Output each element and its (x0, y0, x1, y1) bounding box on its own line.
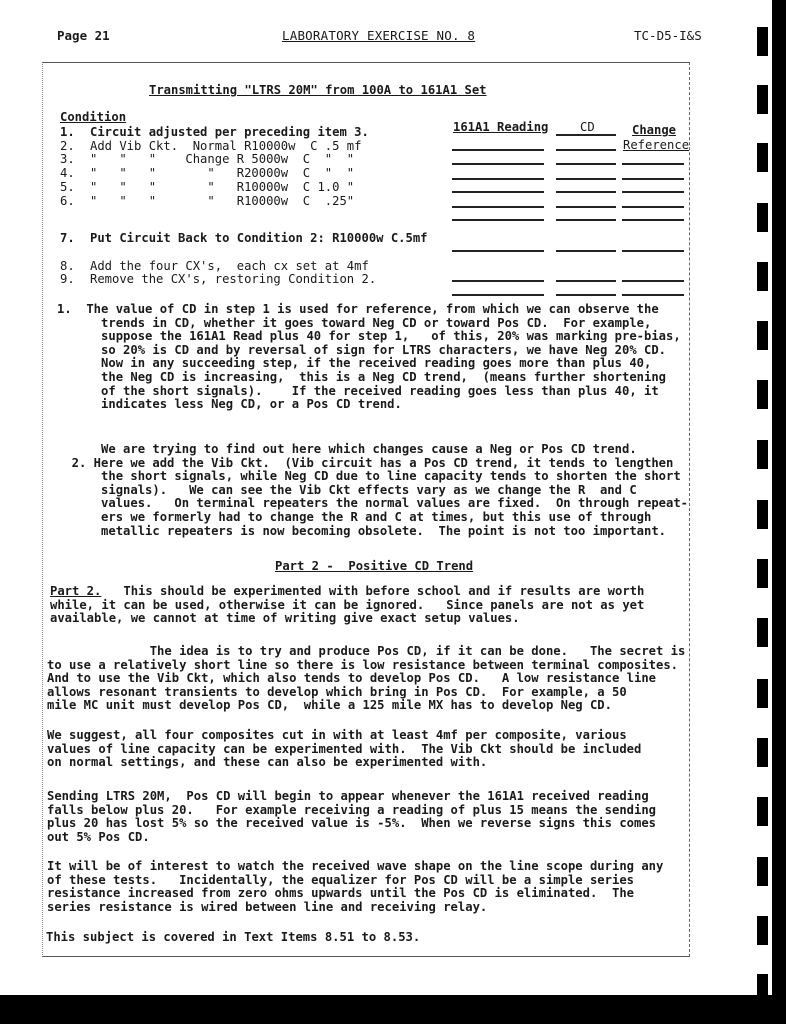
page-number: Page 21 (57, 28, 110, 43)
film-edge-bottom (0, 995, 786, 1024)
answer-blank-line[interactable] (622, 163, 684, 165)
part2-heading: Part 2 - Positive CD Trend (275, 560, 473, 574)
perforation-hole (757, 85, 768, 114)
answer-blank-line[interactable] (622, 294, 684, 296)
cd-underline (556, 134, 616, 136)
condition-text: Remove the CX's, restoring Condition 2. (90, 273, 376, 287)
perforation-hole (757, 262, 768, 291)
part2-lead-label: Part 2. (50, 585, 101, 599)
part2-paragraph-4: Sending LTRS 20M, Pos CD will begin to a… (47, 790, 656, 844)
part2-paragraph-5: It will be of interest to watch the rece… (47, 860, 663, 914)
condition-number: 3. (60, 153, 75, 167)
condition-number: 4. (60, 167, 75, 181)
perforation-hole (757, 203, 768, 232)
part2-paragraph-3: We suggest, all four composites cut in w… (47, 729, 641, 770)
answer-blank-line[interactable] (556, 294, 616, 296)
perforation-hole (757, 27, 768, 56)
perforation-hole (757, 559, 768, 588)
perforation-hole (757, 738, 768, 767)
perforation-hole (757, 916, 768, 945)
closing-note: This subject is covered in Text Items 8.… (46, 931, 420, 945)
note-2: We are trying to find out here which cha… (57, 443, 688, 538)
answer-blank-line[interactable] (556, 149, 616, 151)
condition-number: 6. (60, 195, 75, 209)
answer-blank-line[interactable] (556, 163, 616, 165)
answer-blank-line[interactable] (622, 280, 684, 282)
answer-blank-line[interactable] (452, 219, 544, 221)
answer-blank-line[interactable] (622, 178, 684, 180)
answer-blank-line[interactable] (452, 294, 544, 296)
answer-blank-line[interactable] (452, 163, 544, 165)
condition-text: " " " " R20000w C " " (90, 167, 354, 181)
document-code: TC-D5-I&S (634, 28, 702, 43)
column-change: Change (632, 124, 676, 138)
answer-blank-line[interactable] (622, 206, 684, 208)
answer-blank-line[interactable] (556, 280, 616, 282)
scanned-page: Page 21 LABORATORY EXERCISE NO. 8 TC-D5-… (0, 0, 786, 1024)
perforation-hole (757, 857, 768, 886)
answer-blank-line[interactable] (622, 250, 684, 252)
condition-text: Put Circuit Back to Condition 2: R10000w… (90, 232, 428, 246)
part2-paragraph-1: This should be experimented with before … (50, 585, 644, 626)
column-cd: CD (580, 121, 595, 135)
perforation-hole (757, 679, 768, 708)
condition-label: Condition (60, 111, 126, 125)
document-title: LABORATORY EXERCISE NO. 8 (282, 28, 475, 43)
perforation-hole (757, 500, 768, 529)
column-reading: 161A1 Reading (453, 121, 548, 135)
film-edge (772, 0, 786, 1024)
condition-number: 9. (60, 273, 75, 287)
perforation-hole (757, 143, 768, 172)
perforation-hole (757, 440, 768, 469)
condition-number: 7. (60, 232, 75, 246)
column-reference: Reference (623, 139, 689, 153)
perforation-hole (757, 380, 768, 409)
condition-text: " " " " R10000w C 1.0 " (90, 181, 354, 195)
perforation-hole (757, 974, 768, 1003)
condition-text: " " " Change R 5000w C " " (90, 153, 354, 167)
condition-text: Circuit adjusted per preceding item 3. (90, 126, 369, 140)
answer-blank-line[interactable] (452, 149, 544, 151)
condition-number: 5. (60, 181, 75, 195)
answer-blank-line[interactable] (622, 191, 684, 193)
answer-blank-line[interactable] (622, 219, 684, 221)
part2-paragraph-2: The idea is to try and produce Pos CD, i… (47, 645, 685, 713)
answer-blank-line[interactable] (452, 280, 544, 282)
answer-blank-line[interactable] (556, 206, 616, 208)
section-title: Transmitting "LTRS 20M" from 100A to 161… (149, 84, 487, 98)
answer-blank-line[interactable] (556, 219, 616, 221)
answer-blank-line[interactable] (452, 191, 544, 193)
answer-blank-line[interactable] (556, 191, 616, 193)
condition-number: 1. (60, 126, 75, 140)
answer-blank-line[interactable] (556, 178, 616, 180)
perforation-hole (757, 797, 768, 826)
answer-blank-line[interactable] (452, 250, 544, 252)
condition-text: " " " " R10000w C .25" (90, 195, 354, 209)
answer-blank-line[interactable] (452, 206, 544, 208)
perforation-hole (757, 618, 768, 647)
answer-blank-line[interactable] (452, 178, 544, 180)
perforation-hole (757, 321, 768, 350)
answer-blank-line[interactable] (556, 250, 616, 252)
note-1: 1. The value of CD in step 1 is used for… (57, 303, 681, 412)
